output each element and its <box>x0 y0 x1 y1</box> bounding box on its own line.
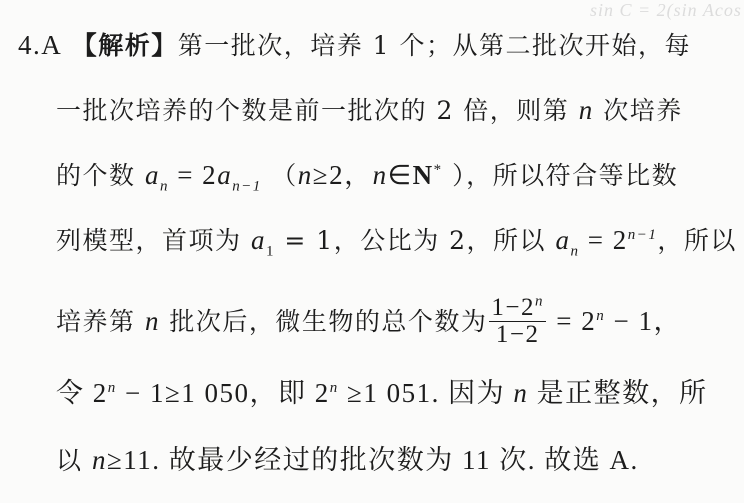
inequality-setup: 令 2n − 1≥1 050，即 2n ≥1 051. 因为 n 是正整数，所 <box>56 378 708 408</box>
line-3-text-a: 的个数 <box>56 161 145 190</box>
variable-n: n <box>579 95 594 125</box>
first-term: a1 <box>251 225 275 255</box>
condition-open: （ <box>262 161 298 190</box>
condition: n≥2，n∈N* <box>298 160 443 190</box>
question-number: 4. <box>18 30 41 60</box>
analysis-label: 【解析】 <box>72 31 178 60</box>
fraction-denominator: 1−2 <box>489 322 546 348</box>
solution-line-5: 培养第 n 批次后，微生物的总个数为1−2n1−2 = 2n − 1， <box>56 297 682 350</box>
solution-line-4: 列模型，首项为 a1 = 1，公比为 2，所以 an = 2n−1，所以 <box>56 225 737 256</box>
recurrence-formula: an = 2an−1 <box>145 160 262 190</box>
variable-n: n <box>92 445 107 475</box>
fraction-numerator: 1−2n <box>489 295 546 322</box>
line-2-text-a: 一批次培养的个数是前一批次的 2 倍，则第 <box>56 96 579 125</box>
solution-line-6: 令 2n − 1≥1 050，即 2n ≥1 051. 因为 n 是正整数，所 <box>56 378 708 409</box>
answer-choice: A <box>41 30 62 60</box>
sum-result: = 2n − 1， <box>548 306 682 336</box>
line-4-text-b: = 1，公比为 2，所以 <box>275 226 556 255</box>
document-page: sin C = 2(sin Acos B 4.A 【解析】第一批次，培养 1 个… <box>0 0 744 503</box>
line-5-text-a: 培养第 <box>56 307 145 336</box>
solution-line-1: 4.A 【解析】第一批次，培养 1 个；从第二批次开始，每 <box>18 30 691 61</box>
bleed-through-text: sin C = 2(sin Acos B <box>590 0 744 21</box>
general-term: an = 2n−1 <box>556 225 658 255</box>
variable-n: n <box>145 306 160 336</box>
conclusion-text: ≥11. 故最少经过的批次数为 11 次. 故选 A. <box>107 445 639 475</box>
line-1-text: 第一批次，培养 1 个；从第二批次开始，每 <box>178 31 691 60</box>
solution-line-7: 以 n≥11. 故最少经过的批次数为 11 次. 故选 A. <box>56 445 639 476</box>
line-4-text-a: 列模型，首项为 <box>56 226 251 255</box>
line-4-text-c: ，所以 <box>657 226 737 255</box>
line-3-text-b: ），所以符合等比数 <box>443 161 678 190</box>
line-5-text-b: 批次后，微生物的总个数为 <box>160 307 487 336</box>
solution-line-3: 的个数 an = 2an−1 （n≥2，n∈N* ），所以符合等比数 <box>56 160 678 191</box>
line-2-text-b: 次培养 <box>594 96 683 125</box>
solution-line-2: 一批次培养的个数是前一批次的 2 倍，则第 n 次培养 <box>56 95 683 126</box>
geometric-sum-fraction: 1−2n1−2 <box>489 295 546 348</box>
line-7-text-a: 以 <box>56 446 92 475</box>
